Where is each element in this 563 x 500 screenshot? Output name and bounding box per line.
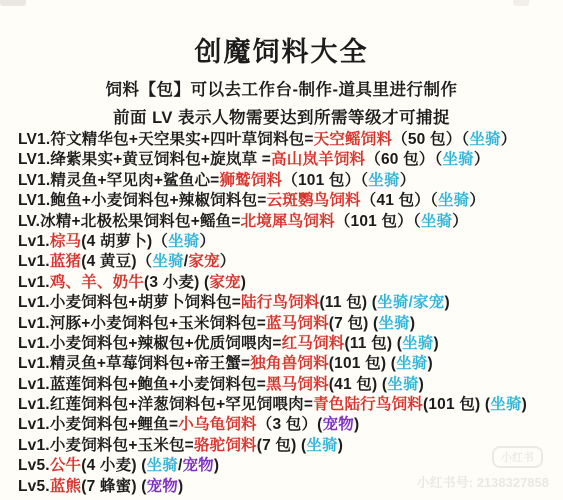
recipe-segment: ） bbox=[474, 151, 490, 168]
recipe-segment: Lv5. bbox=[18, 457, 50, 474]
recipe-line: LV1.符文精华包+天空果实+四叶草饲料包=天空鳐饲料（50 包）（坐骑） bbox=[18, 130, 559, 150]
recipe-segment: 棕马 bbox=[50, 233, 81, 250]
recipe-segment: 坐骑 bbox=[306, 437, 337, 454]
recipe-segment: Lv5. bbox=[18, 478, 50, 495]
recipe-segment: Lv1.精灵鱼+草莓饲料包+帝王蟹= bbox=[18, 355, 250, 372]
recipe-segment: 家宠 bbox=[209, 274, 240, 291]
recipe-segment: （101 包）（ bbox=[335, 213, 421, 230]
recipe-segment: LV1.精灵鱼+罕见肉+鲨鱼心= bbox=[18, 172, 219, 189]
recipe-segment: ) bbox=[410, 315, 415, 332]
recipe-segment: Lv1.小麦饲料包+玉米包= bbox=[18, 437, 194, 454]
recipe-line: Lv1.蓝莲饲料包+鲍鱼+小麦饲料包=黑马饲料(41 包) (坐骑) bbox=[18, 375, 559, 395]
recipe-segment: ) bbox=[444, 294, 449, 311]
recipe-segment: 黑马饲料 bbox=[266, 376, 329, 393]
recipe-segment: ） bbox=[400, 172, 416, 189]
recipe-line: Lv1.小麦饲料包+辣椒包+优质饲喂肉=红马饲料(11 包) (坐骑) bbox=[18, 334, 559, 354]
recipe-segment: LV1.绛紫果实+黄豆饲料包+旋岚草 = bbox=[18, 151, 271, 168]
recipe-segment: Lv1.小麦饲料包+胡萝卜饲料包= bbox=[18, 294, 241, 311]
recipe-segment: 宠物 bbox=[147, 478, 178, 495]
recipe-segment: ) bbox=[178, 478, 183, 495]
recipe-segment: 狮鹫饲料 bbox=[219, 172, 282, 189]
recipe-segment: 宠物 bbox=[182, 457, 213, 474]
recipe-segment: （3 包）( bbox=[257, 416, 323, 433]
recipe-segment: (4 黄豆)（ bbox=[81, 253, 152, 270]
recipe-segment: Lv1.小麦饲料包+辣椒包+优质饲喂肉= bbox=[18, 335, 282, 352]
recipe-segment: ) bbox=[214, 457, 219, 474]
subtitle-level-hint: 前面 LV 表示人物需要达到所需等级才可捕捉 bbox=[0, 104, 563, 128]
recipe-line: Lv1.棕马(4 胡萝卜)（坐骑） bbox=[18, 232, 559, 252]
recipe-segment: 蓝熊 bbox=[50, 478, 81, 495]
recipe-line: Lv1.蓝猪(4 黄豆)（坐骑/家宠） bbox=[18, 252, 559, 272]
recipe-segment: 陆行鸟饲料 bbox=[241, 294, 320, 311]
recipe-segment: ) bbox=[433, 335, 438, 352]
recipe-segment: 坐骑/家宠 bbox=[377, 294, 444, 311]
recipe-segment: 宠物 bbox=[323, 416, 354, 433]
recipe-segment: 天空鳐饲料 bbox=[314, 131, 393, 148]
recipe-line: Lv1.精灵鱼+草莓饲料包+帝王蟹=独角兽饲料(101 包) (坐骑) bbox=[18, 354, 559, 374]
recipe-line: Lv1.小麦饲料包+胡萝卜饲料包=陆行鸟饲料(11 包) (坐骑/家宠) bbox=[18, 293, 559, 313]
recipe-segment: 云斑鹦鸟饲料 bbox=[267, 192, 361, 209]
recipe-segment: LV1.鲍鱼+小麦饲料包+辣椒饲料包= bbox=[18, 192, 267, 209]
recipe-segment: 骆驼饲料 bbox=[194, 437, 257, 454]
recipe-segment: 蓝马饲料 bbox=[266, 315, 329, 332]
recipe-segment: 坐骑 bbox=[490, 396, 521, 413]
corner-smudge-left bbox=[0, 0, 26, 6]
recipe-segment: 坐骑 bbox=[421, 213, 452, 230]
recipe-line: LV.冰精+北极松果饲料包+鳐鱼=北境犀鸟饲料（101 包）（坐骑） bbox=[18, 212, 559, 232]
recipe-segment: (7 包) ( bbox=[257, 437, 307, 454]
recipe-segment: 公牛 bbox=[50, 457, 81, 474]
recipe-segment: ) bbox=[419, 376, 424, 393]
recipe-segment: (101 包) ( bbox=[329, 355, 396, 372]
recipe-segment: (7 包) ( bbox=[329, 315, 379, 332]
recipe-segment: (4 胡萝卜)（ bbox=[81, 233, 168, 250]
recipe-segment: （60 包）（ bbox=[365, 151, 442, 168]
recipe-segment: ) bbox=[522, 396, 527, 413]
recipe-segment: LV1.符文精华包+天空果实+四叶草饲料包= bbox=[18, 131, 314, 148]
recipe-segment: ） bbox=[200, 233, 216, 250]
feed-guide-page: 创魔饲料大全 饲料【包】可以去工作台-制作-道具里进行制作 前面 LV 表示人物… bbox=[0, 0, 563, 500]
recipe-segment: 坐骑 bbox=[442, 151, 473, 168]
recipe-segment: 鸡、羊、奶牛 bbox=[50, 274, 144, 291]
recipe-line: Lv1.河豚+小麦饲料包+玉米饲料包=蓝马饲料(7 包) (坐骑) bbox=[18, 314, 559, 334]
recipe-segment: ） bbox=[469, 192, 485, 209]
recipe-segment: (3 小麦) ( bbox=[144, 274, 209, 291]
recipe-line: Lv1.红莲饲料包+洋葱饲料包+罕见饲喂肉=青色陆行鸟饲料(101 包) (坐骑… bbox=[18, 395, 559, 415]
recipe-segment: 坐骑 bbox=[402, 335, 433, 352]
recipe-segment: 小乌龟饲料 bbox=[178, 416, 257, 433]
recipe-segment: 坐骑 bbox=[469, 131, 500, 148]
recipe-segment: ） bbox=[501, 131, 517, 148]
recipe-segment: 家宠 bbox=[188, 253, 219, 270]
recipe-segment: Lv1. bbox=[18, 253, 50, 270]
recipe-segment: ) bbox=[354, 416, 359, 433]
recipe-segment: ） bbox=[220, 253, 236, 270]
recipe-segment: ) bbox=[338, 437, 343, 454]
recipe-segment: 坐骑 bbox=[147, 457, 178, 474]
recipe-segment: Lv1.小麦饲料包+鲤鱼= bbox=[18, 416, 178, 433]
recipe-segment: 坐骑 bbox=[168, 233, 199, 250]
recipe-segment: 青色陆行鸟饲料 bbox=[313, 396, 423, 413]
corner-smudge-right bbox=[513, 0, 529, 6]
subtitle-craft-hint: 饲料【包】可以去工作台-制作-道具里进行制作 bbox=[0, 76, 563, 100]
recipe-line: Lv1.小麦饲料包+鲤鱼=小乌龟饲料（3 包）(宠物) bbox=[18, 415, 559, 435]
watermark-id: 小红书号: 2138327858 bbox=[389, 472, 549, 491]
recipe-segment: Lv1. bbox=[18, 233, 50, 250]
recipe-line: Lv1.鸡、羊、奶牛(3 小麦) (家宠) bbox=[18, 273, 559, 293]
recipe-segment: 坐骑 bbox=[378, 315, 409, 332]
recipe-segment: 坐骑 bbox=[368, 172, 399, 189]
recipe-segment: 坐骑 bbox=[387, 376, 418, 393]
recipe-segment: 北境犀鸟饲料 bbox=[241, 213, 335, 230]
recipe-segment: (11 包) ( bbox=[344, 335, 402, 352]
recipe-segment: 坐骑 bbox=[438, 192, 469, 209]
recipe-segment: (41 包) ( bbox=[329, 376, 387, 393]
page-title: 创魔饲料大全 bbox=[0, 30, 563, 69]
recipe-line: LV1.精灵鱼+罕见肉+鲨鱼心=狮鹫饲料（101 包）（坐骑） bbox=[18, 171, 559, 191]
watermark: 小红书 小红书号: 2138327858 bbox=[389, 446, 549, 491]
recipe-segment: Lv1.红莲饲料包+洋葱饲料包+罕见饲喂肉= bbox=[18, 396, 313, 413]
recipe-segment: （50 包）（ bbox=[392, 131, 469, 148]
recipe-line: LV1.绛紫果实+黄豆饲料包+旋岚草 =高山岚羊饲料（60 包）（坐骑） bbox=[18, 150, 559, 170]
xiaohongshu-badge: 小红书 bbox=[492, 446, 543, 468]
recipe-segment: 红马饲料 bbox=[282, 335, 345, 352]
recipe-segment: ) bbox=[427, 355, 432, 372]
recipe-segment: ） bbox=[452, 213, 468, 230]
recipe-segment: (4 小麦) ( bbox=[81, 457, 146, 474]
recipe-segment: （41 包）（ bbox=[361, 192, 438, 209]
recipe-segment: 坐骑 bbox=[152, 253, 183, 270]
recipe-segment: （101 包）（ bbox=[282, 172, 368, 189]
recipe-list: LV1.符文精华包+天空果实+四叶草饲料包=天空鳐饲料（50 包）（坐骑）LV1… bbox=[18, 130, 559, 497]
recipe-segment: ) bbox=[241, 274, 246, 291]
recipe-segment: LV.冰精+北极松果饲料包+鳐鱼= bbox=[18, 213, 241, 230]
recipe-segment: 独角兽饲料 bbox=[250, 355, 329, 372]
recipe-segment: Lv1. bbox=[18, 274, 50, 291]
recipe-segment: (7 蜂蜜) ( bbox=[81, 478, 146, 495]
recipe-segment: (101 包) ( bbox=[423, 396, 490, 413]
recipe-line: LV1.鲍鱼+小麦饲料包+辣椒饲料包=云斑鹦鸟饲料（41 包）（坐骑） bbox=[18, 191, 559, 211]
recipe-segment: Lv1.河豚+小麦饲料包+玉米饲料包= bbox=[18, 315, 266, 332]
recipe-segment: 坐骑 bbox=[396, 355, 427, 372]
recipe-segment: 高山岚羊饲料 bbox=[271, 151, 365, 168]
recipe-segment: (11 包) ( bbox=[320, 294, 378, 311]
recipe-segment: 蓝猪 bbox=[50, 253, 81, 270]
recipe-segment: Lv1.蓝莲饲料包+鲍鱼+小麦饲料包= bbox=[18, 376, 266, 393]
